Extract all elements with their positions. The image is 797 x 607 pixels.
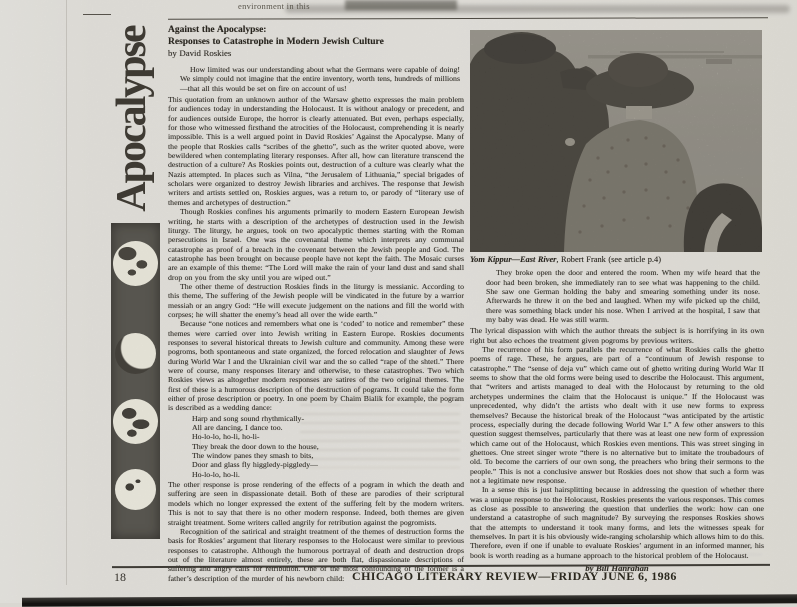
section-vertical-title: Apocalypse <box>104 16 160 222</box>
photo-yom-kippur-east-river <box>470 30 762 252</box>
opening-quote: How limited was our understanding about … <box>180 65 460 93</box>
paragraph: Because “one notices and remembers what … <box>168 319 464 412</box>
globe-spot-icon <box>115 469 156 510</box>
globe-continents-icon <box>113 399 158 444</box>
paragraph: The other theme of destruction Roskies f… <box>168 282 464 319</box>
paragraph: Though Roskies confines his arguments pr… <box>168 207 464 282</box>
paragraph: In a sense this is just hairsplitting be… <box>470 485 764 560</box>
photo-caption-title: Yom Kippur—East River <box>470 255 556 264</box>
article-right-column: Yom Kippur—East River, Robert Frank (see… <box>470 30 764 573</box>
photo-caption: Yom Kippur—East River, Robert Frank (see… <box>470 255 764 264</box>
article-left-column: Against the Apocalypse: Responses to Cat… <box>168 24 464 583</box>
poem-line: Ho-lo-lo, ho-li, ho-li- <box>192 432 464 441</box>
block-quote: They broke open the door and entered the… <box>486 268 760 324</box>
page-number: 18 <box>114 570 126 585</box>
article-photo <box>470 30 762 252</box>
top-rule <box>168 17 768 20</box>
paragraph: The recurrence of his form parallels the… <box>470 345 764 485</box>
poem-line: They break the door down to the house, <box>192 442 464 451</box>
paragraph: The other response is prose rendering of… <box>168 480 464 527</box>
globe-icon-strip <box>111 223 160 539</box>
poem-line: All are dancing, I dance too. <box>192 423 464 432</box>
scanned-newspaper-page: environment in this Apocalypse Against t… <box>0 0 797 603</box>
previous-article-fragment: environment in this <box>238 1 538 11</box>
globe-crescent-icon <box>115 333 156 374</box>
pogrom-poem: Harp and song sound rhythmically- All ar… <box>192 414 464 479</box>
top-rule-fragment <box>83 14 111 15</box>
author-byline: by David Roskies <box>168 48 464 59</box>
poem-line: Harp and song sound rhythmically- <box>192 414 464 423</box>
photo-caption-credit: , Robert Frank (see article p.4) <box>556 255 661 264</box>
article-title-line1: Against the Apocalypse: <box>168 24 464 36</box>
paragraph: The lyrical dispassion with which the au… <box>470 326 764 345</box>
article-title-line2: Responses to Catastrophe in Modern Jewis… <box>168 36 464 48</box>
newspaper-footer-title: CHICAGO LITERARY REVIEW—FRIDAY JUNE 6, 1… <box>352 569 677 584</box>
bottom-scan-bar <box>22 594 797 603</box>
paragraph: This quotation from an unknown author of… <box>168 95 464 207</box>
poem-line: The window panes they smash to bits, <box>192 451 464 460</box>
globe-blotched-icon <box>113 241 158 286</box>
fold-line <box>66 0 67 585</box>
poem-line: Ho-lo-lo, ho-li. <box>192 470 464 479</box>
poem-line: Door and glass fly higgledy-piggledy— <box>192 460 464 469</box>
